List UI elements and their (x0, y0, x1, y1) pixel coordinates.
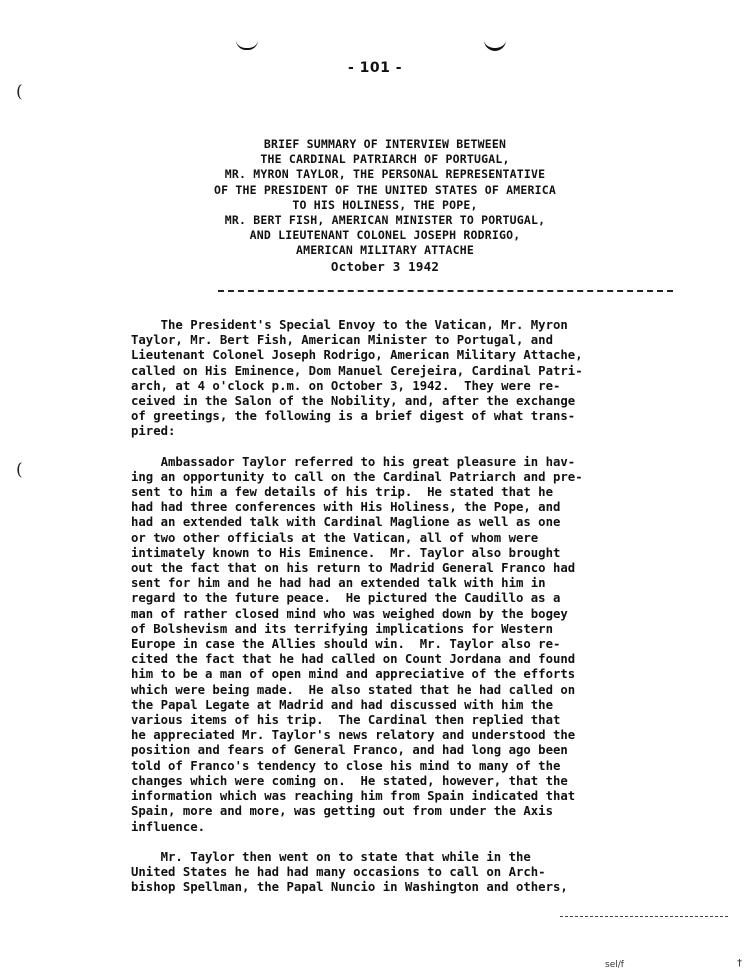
text-line: had had three conferences with His Holin… (131, 500, 691, 515)
text-line: various items of his trip. The Cardinal … (131, 713, 691, 728)
text-line: Taylor, Mr. Bert Fish, American Minister… (131, 333, 691, 348)
text-line: ceived in the Salon of the Nobility, and… (131, 394, 691, 409)
text-line: the Papal Legate at Madrid and had discu… (131, 698, 691, 713)
paragraph-introduction: The President's Special Envoy to the Vat… (131, 318, 691, 440)
text-line: Lieutenant Colonel Joseph Rodrigo, Ameri… (131, 348, 691, 363)
text-line: position and fears of General Franco, an… (131, 743, 691, 758)
text-line: him to be a man of open mind and appreci… (131, 667, 691, 682)
text-line: of greetings, the following is a brief d… (131, 409, 691, 424)
text-line: The President's Special Envoy to the Vat… (131, 318, 691, 333)
text-line: pired: (131, 424, 691, 439)
heading-line: MR. MYRON TAYLOR, THE PERSONAL REPRESENT… (150, 167, 620, 182)
paragraph-taylor-report: Ambassador Taylor referred to his great … (131, 455, 691, 835)
punch-hole-mark-left (236, 40, 258, 50)
text-line: bishop Spellman, the Papal Nuncio in Was… (131, 880, 691, 895)
text-line: sent to him a few details of his trip. H… (131, 485, 691, 500)
document-body: The President's Special Envoy to the Vat… (131, 318, 691, 910)
text-line: man of rather closed mind who was weighe… (131, 607, 691, 622)
text-line: Mr. Taylor then went on to state that wh… (131, 850, 691, 865)
text-line: he appreciated Mr. Taylor's news relator… (131, 728, 691, 743)
heading-date: October 3 1942 (150, 259, 620, 274)
text-line: influence. (131, 820, 691, 835)
text-line: changes which were coming on. He stated,… (131, 774, 691, 789)
text-line: regard to the future peace. He pictured … (131, 591, 691, 606)
text-line: which were being made. He also stated th… (131, 683, 691, 698)
text-line: told of Franco's tendency to close his m… (131, 759, 691, 774)
punch-hole-mark-right (484, 40, 506, 51)
text-line: sent for him and he had had an extended … (131, 576, 691, 591)
heading-line: MR. BERT FISH, AMERICAN MINISTER TO PORT… (150, 213, 620, 228)
text-line: called on His Eminence, Dom Manuel Cerej… (131, 364, 691, 379)
text-line: or two other officials at the Vatican, a… (131, 531, 691, 546)
margin-bracket-mark-middle: ( (16, 460, 23, 480)
text-line: Spain, more and more, was getting out fr… (131, 804, 691, 819)
heading-line: BRIEF SUMMARY OF INTERVIEW BETWEEN (150, 137, 620, 152)
document-heading: BRIEF SUMMARY OF INTERVIEW BETWEEN THE C… (150, 137, 620, 274)
text-line: information which was reaching him from … (131, 789, 691, 804)
heading-line: OF THE PRESIDENT OF THE UNITED STATES OF… (150, 183, 620, 198)
text-line: ing an opportunity to call on the Cardin… (131, 470, 691, 485)
text-line: cited the fact that he had called on Cou… (131, 652, 691, 667)
paragraph-united-states-visits: Mr. Taylor then went on to state that wh… (131, 850, 691, 896)
corner-mark: † (737, 958, 742, 969)
text-line: Europe in case the Allies should win. Mr… (131, 637, 691, 652)
text-line: United States he had had many occasions … (131, 865, 691, 880)
dashed-separator (218, 290, 673, 292)
heading-line: AMERICAN MILITARY ATTACHE (150, 243, 620, 258)
heading-line: THE CARDINAL PATRIARCH OF PORTUGAL, (150, 152, 620, 167)
page-number: - 101 - (0, 60, 750, 76)
heading-line: TO HIS HOLINESS, THE POPE, (150, 198, 620, 213)
archive-stamp: sel/f (605, 960, 624, 970)
text-line: Ambassador Taylor referred to his great … (131, 455, 691, 470)
text-line: intimately known to His Eminence. Mr. Ta… (131, 546, 691, 561)
margin-bracket-mark-top: ( (16, 82, 23, 102)
text-line: of Bolshevism and its terrifying implica… (131, 622, 691, 637)
continuation-dashed-line (560, 916, 728, 917)
text-line: out the fact that on his return to Madri… (131, 561, 691, 576)
text-line: had an extended talk with Cardinal Magli… (131, 515, 691, 530)
document-page: ( ( - 101 - BRIEF SUMMARY OF INTERVIEW B… (0, 0, 750, 972)
text-line: arch, at 4 o'clock p.m. on October 3, 19… (131, 379, 691, 394)
heading-line: AND LIEUTENANT COLONEL JOSEPH RODRIGO, (150, 228, 620, 243)
